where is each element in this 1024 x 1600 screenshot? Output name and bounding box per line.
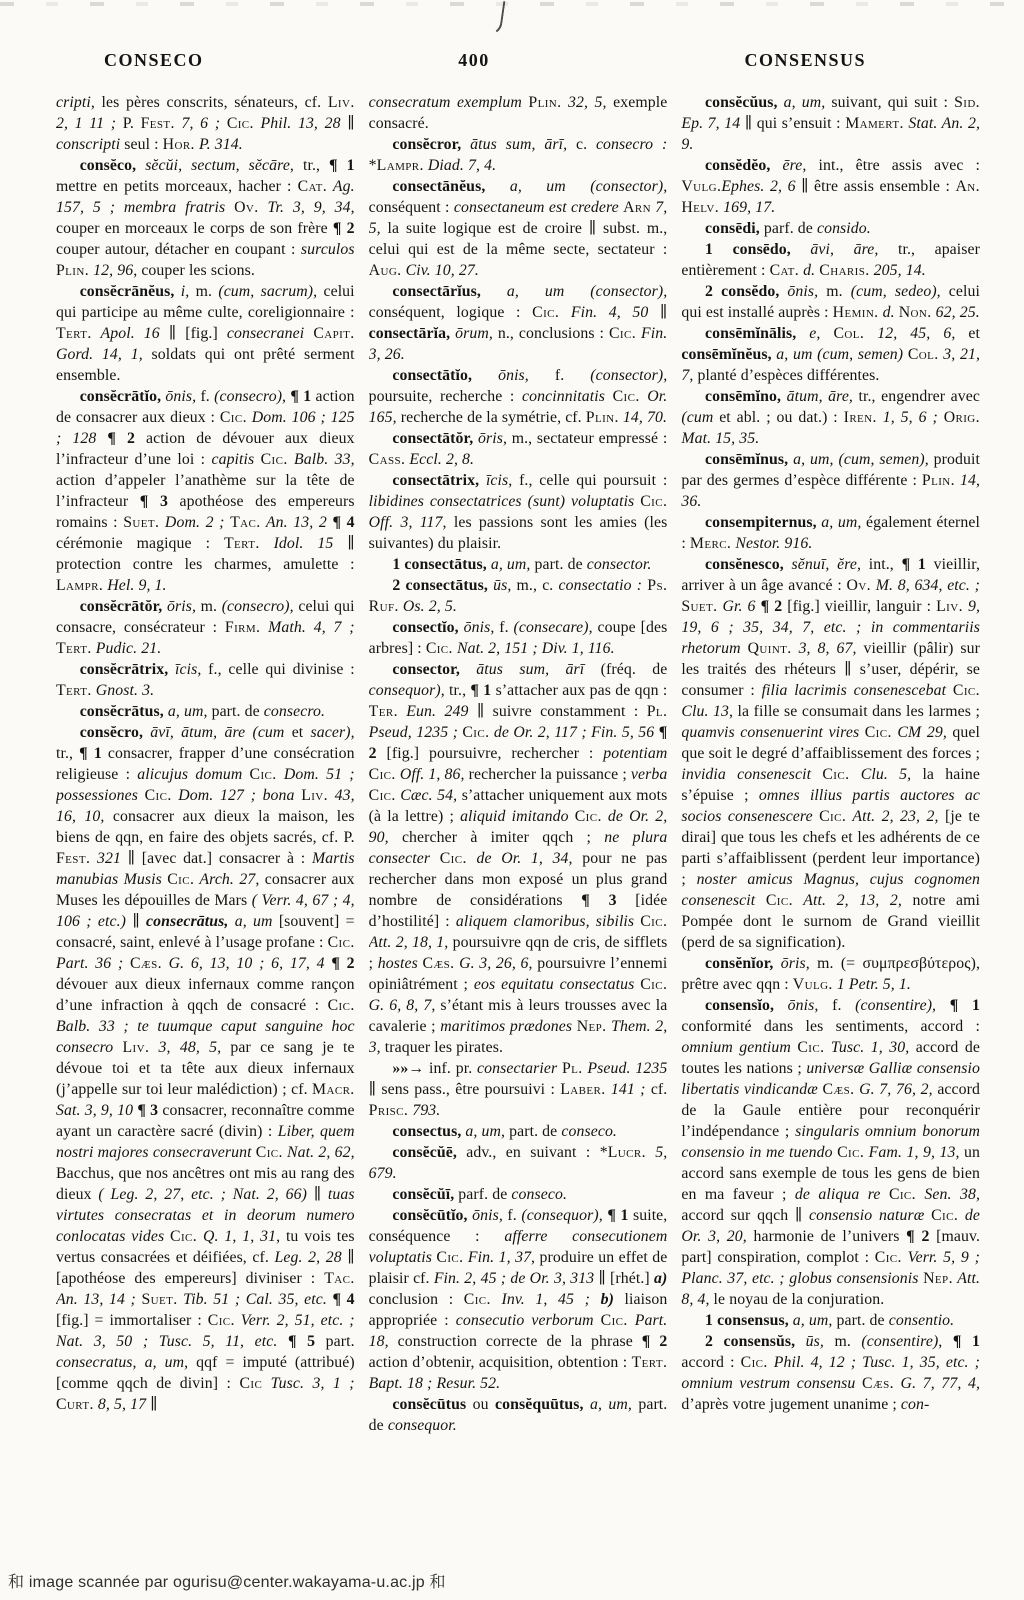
dictionary-entry: consĕcūtus ou consĕquūtus, a, um, part. … xyxy=(369,1394,668,1436)
running-head-right: CONSENSUS xyxy=(744,50,866,71)
dictionary-entry: 1 consectātus, a, um, part. de consector… xyxy=(369,554,668,575)
dictionary-entry: consĕnĭor, ōris, m. (= συμπρεσβύτερος), … xyxy=(681,953,980,995)
dictionary-entry: consēmĭnus, a, um, (cum, semen), produit… xyxy=(681,449,980,512)
dictionary-entry: 1 consensus, a, um, part. de consentio. xyxy=(681,1310,980,1331)
dictionary-entry: consĕcrātrix, īcis, f., celle qui divini… xyxy=(56,659,355,701)
dictionary-entry: consensĭo, ōnis, f. (consentire), ¶ 1 co… xyxy=(681,995,980,1310)
dictionary-entry: 2 consensŭs, ūs, m. (consentire), ¶ 1 ac… xyxy=(681,1331,980,1415)
dictionary-entry: consecratum exemplum Plin. 32, 5, exempl… xyxy=(369,92,668,134)
dictionary-entry: »»→ inf. pr. consectarier Pl. Pseud. 123… xyxy=(369,1058,668,1121)
dictionary-entry: 1 consēdo, āvi, āre, tr., apaiser entièr… xyxy=(681,239,980,281)
dictionary-entry: consectĭo, ōnis, f. (consecare), coupe [… xyxy=(369,617,668,659)
scanned-dictionary-page: { "header": { "left": "CONSECO", "center… xyxy=(0,0,1024,1600)
dictionary-entry: consector, ātus sum, ārī (fréq. de conse… xyxy=(369,659,668,1058)
dictionary-columns: cripti, les pères conscrits, sénateurs, … xyxy=(0,92,1024,1552)
dictionary-entry: consĕcrātus, a, um, part. de consecro. xyxy=(56,701,355,722)
dictionary-entry: consĕnesco, sĕnuī, ĕre, int., ¶ 1 vieill… xyxy=(681,554,980,953)
dictionary-entry: consēdi, parf. de consido. xyxy=(681,218,980,239)
running-head: CONSECO 400 CONSENSUS xyxy=(0,50,1024,71)
dictionary-entry: consĕcŭī, parf. de conseco. xyxy=(369,1184,668,1205)
dictionary-entry: consēmĭno, ātum, āre, tr., engendrer ave… xyxy=(681,386,980,449)
dictionary-entry: 2 consectātus, ūs, m., c. consectatio : … xyxy=(369,575,668,617)
dictionary-entry: consĕcrātŏr, ōris, m. (consecro), celui … xyxy=(56,596,355,659)
dictionary-entry: consĕcūtĭo, ōnis, f. (consequor), ¶ 1 su… xyxy=(369,1205,668,1394)
dictionary-entry: consectātŏr, ōris, m., sectateur empress… xyxy=(369,428,668,470)
scanner-credit: 和 image scannée par ogurisu@center.wakay… xyxy=(8,1569,446,1592)
dictionary-entry: cripti, les pères conscrits, sénateurs, … xyxy=(56,92,355,155)
dictionary-entry: consempiternus, a, um, également éternel… xyxy=(681,512,980,554)
dictionary-entry: consectātĭo, ōnis, f. (consector), pours… xyxy=(369,365,668,428)
dictionary-entry: 2 consĕdo, ōnis, m. (cum, sedeo), celui … xyxy=(681,281,980,323)
column-3: consĕcŭus, a, um, suivant, qui suit : Si… xyxy=(681,92,980,1552)
dictionary-entry: consĕcrātĭo, ōnis, f. (consecro), ¶ 1 ac… xyxy=(56,386,355,596)
dictionary-entry: consectānĕus, a, um (consector), conséqu… xyxy=(369,176,668,281)
column-1: cripti, les pères conscrits, sénateurs, … xyxy=(56,92,355,1552)
column-2: consecratum exemplum Plin. 32, 5, exempl… xyxy=(369,92,668,1552)
dictionary-entry: consĕcŭus, a, um, suivant, qui suit : Si… xyxy=(681,92,980,155)
dictionary-entry: consĕco, sĕcŭi, sectum, sĕcāre, tr., ¶ 1… xyxy=(56,155,355,281)
dictionary-entry: consĕcror, ātus sum, ārī, c. consecro : … xyxy=(369,134,668,176)
dictionary-entry: consĕdĕo, ēre, int., être assis avec : V… xyxy=(681,155,980,218)
dictionary-entry: consēmĭnālis, e, Col. 12, 45, 6, et cons… xyxy=(681,323,980,386)
dictionary-entry: consĕcro, āvī, ātum, āre (cum et sacer),… xyxy=(56,722,355,1415)
scan-artifact-noise xyxy=(0,2,1024,6)
page-number: 400 xyxy=(458,50,490,71)
dictionary-entry: consectātrix, īcis, f., celle qui poursu… xyxy=(369,470,668,554)
scan-artifact-hook xyxy=(485,0,506,37)
dictionary-entry: consĕcrānĕus, i, m. (cum, sacrum), celui… xyxy=(56,281,355,386)
dictionary-entry: consectus, a, um, part. de conseco. xyxy=(369,1121,668,1142)
dictionary-entry: consectārĭus, a, um (consector), conséqu… xyxy=(369,281,668,365)
dictionary-entry: consĕcŭē, adv., en suivant : *Lucr. 5, 6… xyxy=(369,1142,668,1184)
running-head-left: CONSECO xyxy=(104,50,204,71)
